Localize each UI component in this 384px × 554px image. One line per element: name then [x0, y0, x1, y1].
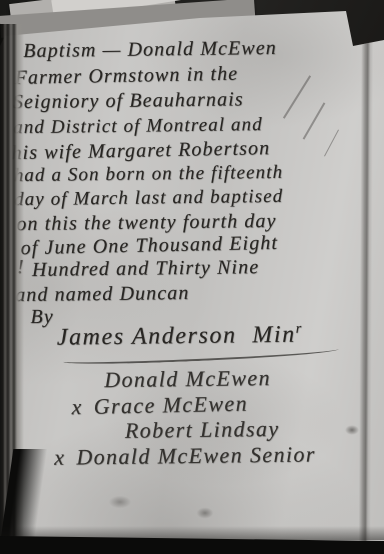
minister-title-superscript: r — [296, 321, 303, 337]
witness-name: Grace McEwen — [93, 391, 248, 419]
signature-row: Robert Lindsay — [114, 416, 280, 444]
record-line-3: Seigniory of Beauharnais — [13, 88, 244, 114]
record-line-11: and named Duncan — [15, 282, 190, 307]
witness-mark: x — [71, 394, 83, 420]
signature-row: Donald McEwen — [93, 365, 271, 393]
record-line-1: Baptism — Donald McEwen — [23, 37, 277, 63]
record-line-2: Farmer Ormstown in the — [14, 63, 238, 90]
witness-name: Donald McEwen Senior — [76, 442, 316, 470]
record-text: Baptism — Donald McEwen Farmer Ormstown … — [0, 0, 384, 554]
photo-background: Baptism — Donald McEwen Farmer Ormstown … — [0, 0, 384, 554]
document-page: Baptism — Donald McEwen Farmer Ormstown … — [0, 0, 384, 554]
minister-name: James Anderson — [57, 322, 237, 350]
record-line-6: had a Son born on the fifteenth — [14, 162, 284, 187]
witness-mark: x — [54, 445, 65, 471]
witness-name: Donald McEwen — [104, 365, 271, 392]
record-line-5: his wife Margaret Robertson — [11, 137, 270, 165]
record-line-7: day of March last and baptised — [14, 186, 283, 211]
by-label: By — [30, 306, 54, 329]
signature-row: xDonald McEwen Senior — [54, 442, 316, 471]
minister-title: Min — [252, 322, 296, 349]
record-line-4: and District of Montreal and — [13, 114, 263, 139]
record-line-10: Hundred and Thirty Nine — [32, 256, 260, 282]
witness-name: Robert Lindsay — [125, 416, 280, 443]
